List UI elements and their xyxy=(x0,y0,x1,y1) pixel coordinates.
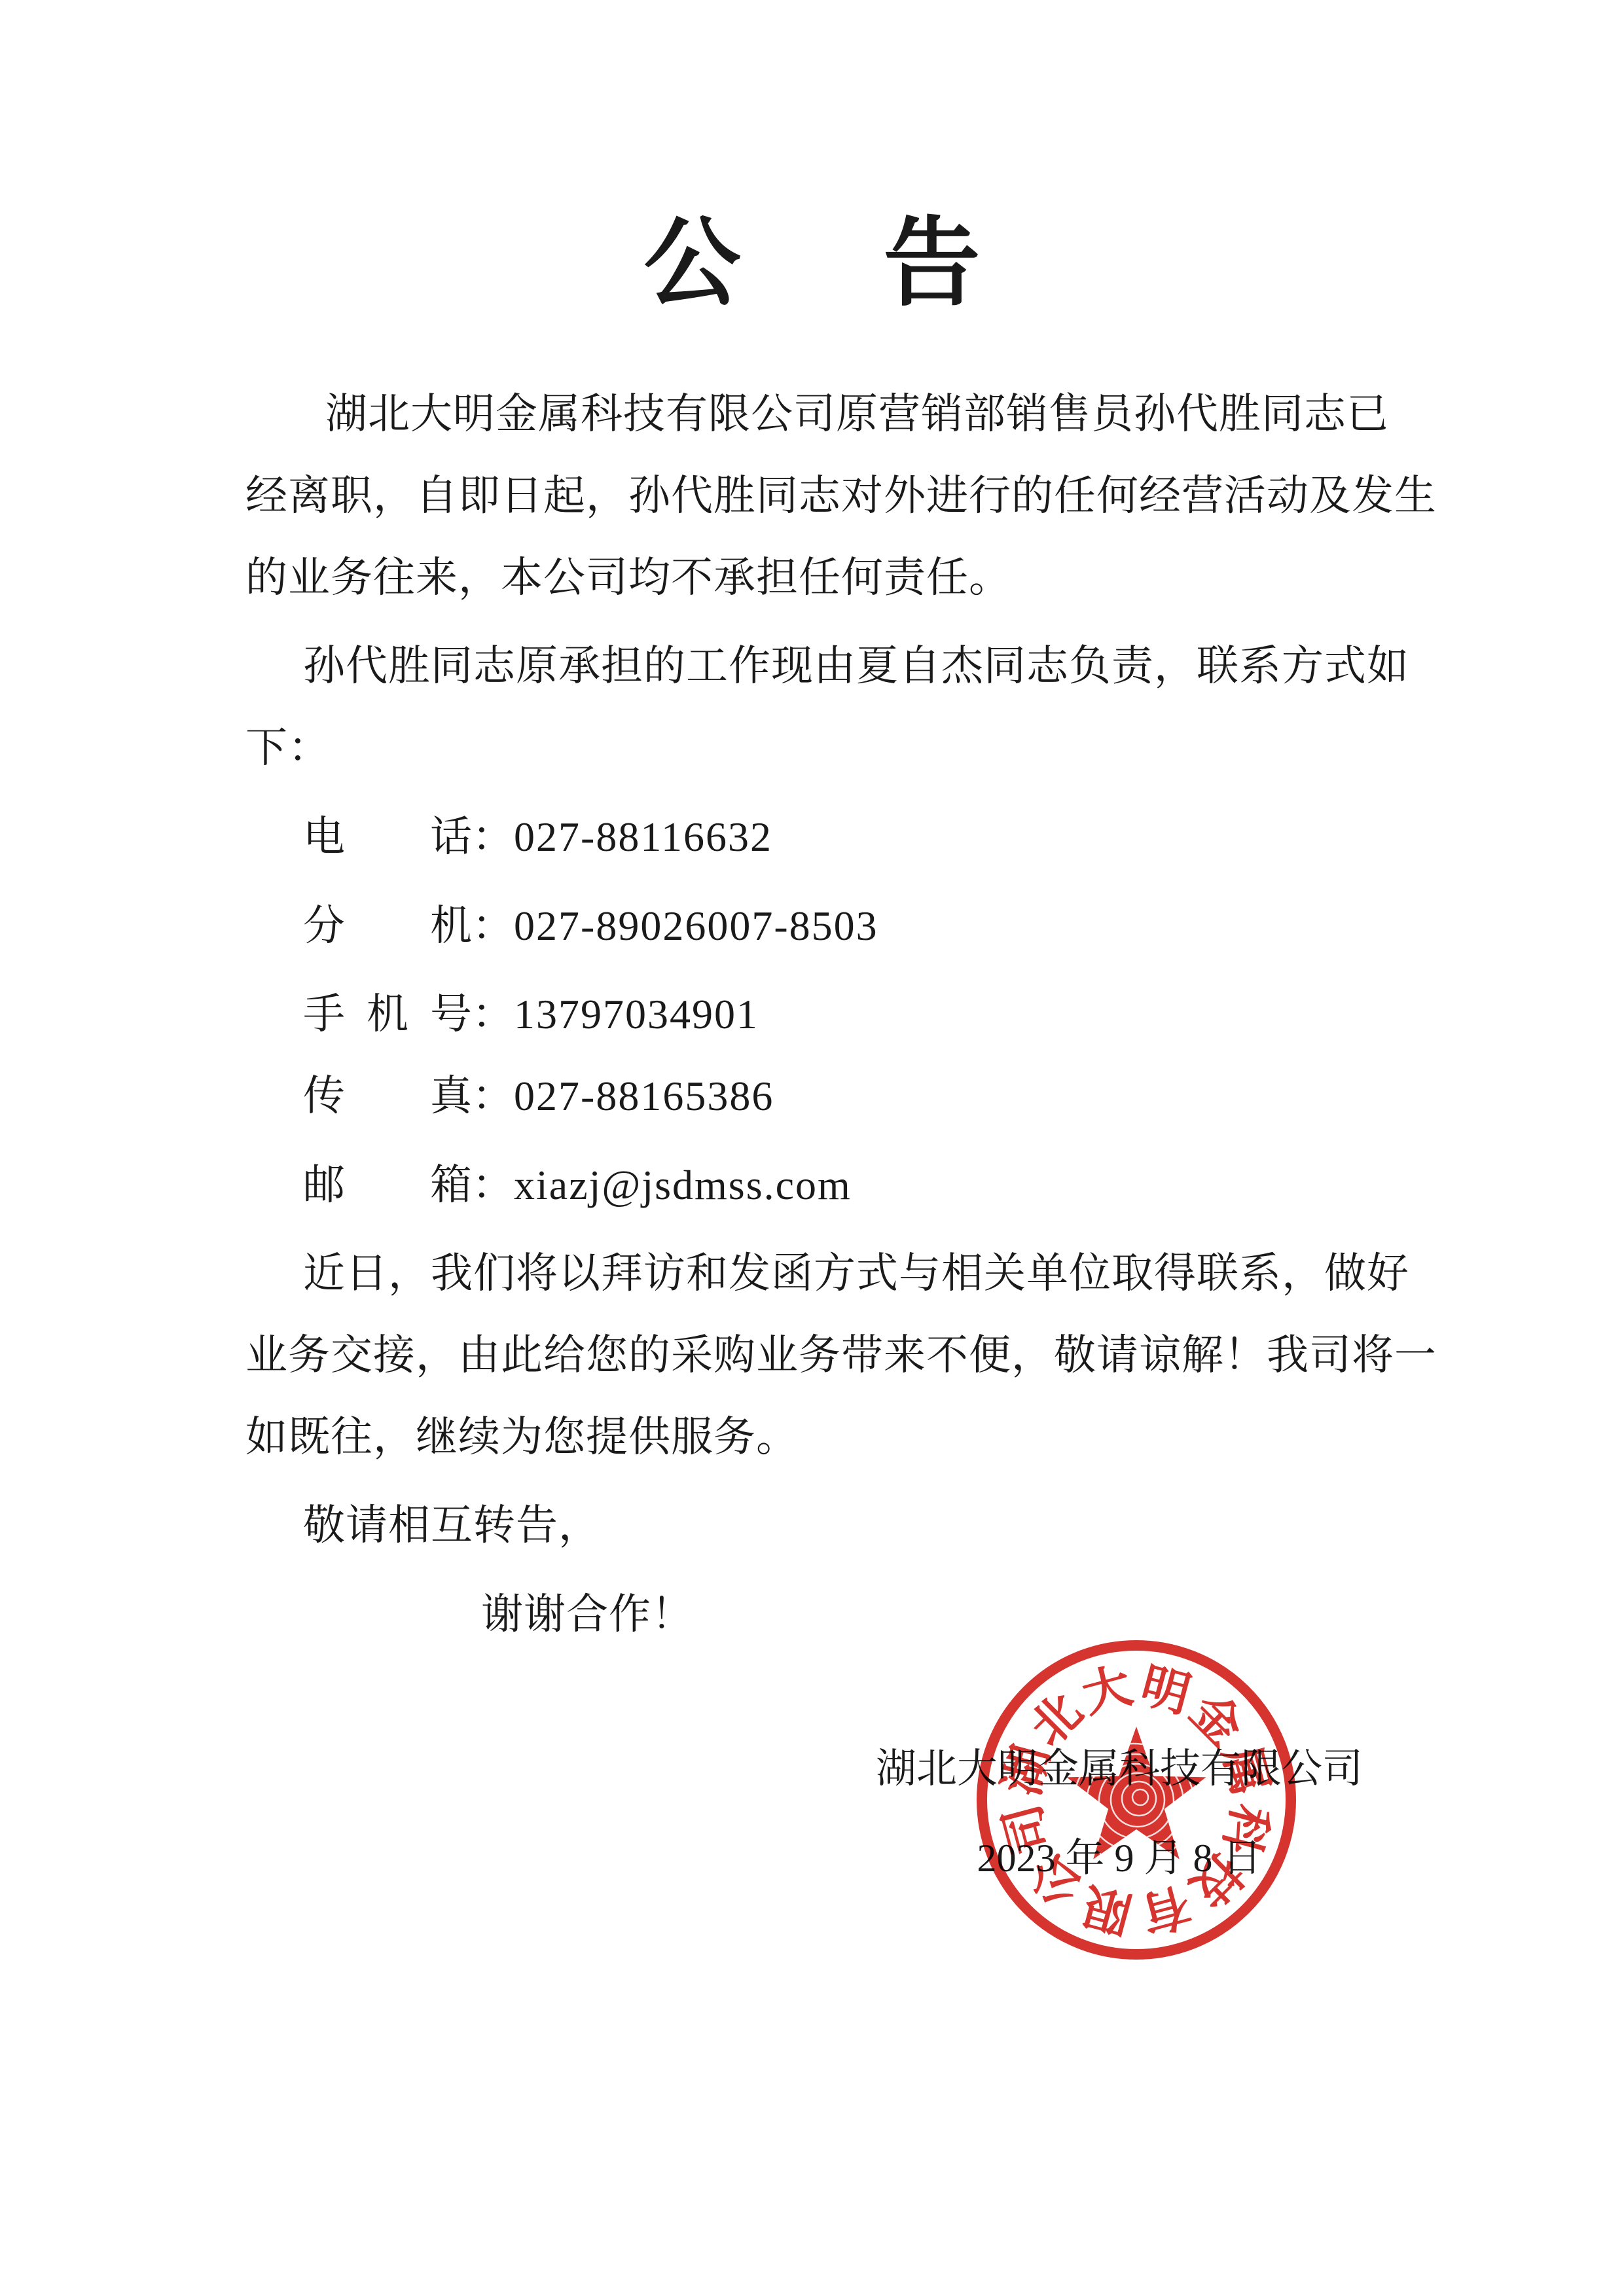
seal-char: 北 xyxy=(1020,1684,1092,1756)
contact-label: 电话 xyxy=(303,796,472,878)
contact-row-phone: 电话：027-88116632 xyxy=(245,796,1417,878)
paragraph-3: 近日，我们将以拜访和发函方式与相关单位取得联系，做好 业务交接，由此给您的采购业… xyxy=(245,1232,1417,1478)
contact-colon: ： xyxy=(472,885,514,967)
title-char-right: 告 xyxy=(884,216,981,313)
seal-char: 技 xyxy=(1180,1843,1252,1915)
contact-label-char: 真 xyxy=(430,1055,472,1137)
contact-label-char: 话 xyxy=(430,796,472,878)
contact-label-char: 传 xyxy=(303,1055,345,1137)
seal-star-icon xyxy=(1067,1727,1206,1864)
contact-label-char: 号 xyxy=(430,973,472,1055)
contact-colon: ： xyxy=(472,1055,514,1137)
page-title: 公 告 xyxy=(0,216,1624,313)
seal-char: 司 xyxy=(996,1799,1060,1859)
company-seal-graphic: 湖 北 大 明 金 属 科 技 有 限 公 司 xyxy=(966,1630,1307,1970)
title-char-left: 公 xyxy=(644,216,741,313)
seal-char: 属 xyxy=(1213,1740,1277,1801)
seal-char: 大 xyxy=(1077,1659,1138,1723)
closing-line-1-block: 敬请相互转告， xyxy=(245,1484,1417,1566)
company-seal: 湖 北 大 明 金 属 科 技 有 限 公 司 xyxy=(966,1630,1307,1970)
paragraph-3-line: 如既往，继续为您提供服务。 xyxy=(245,1396,1417,1478)
contact-row-extension: 分机：027-89026007-8503 xyxy=(245,885,1417,967)
seal-char: 金 xyxy=(1180,1684,1252,1756)
announcement-document: 公 告 湖北大明金属科技有限公司原营销部销售员孙代胜同志已 经离职，自即日起，孙… xyxy=(0,0,1624,2296)
contact-label: 邮箱 xyxy=(303,1144,472,1226)
contact-label: 分机 xyxy=(303,885,472,967)
contact-value-mobile: 13797034901 xyxy=(514,973,759,1055)
seal-char: 有 xyxy=(1135,1876,1196,1941)
seal-char: 科 xyxy=(1213,1799,1277,1859)
contact-value-fax: 027-88165386 xyxy=(514,1055,774,1137)
paragraph-1: 湖北大明金属科技有限公司原营销部销售员孙代胜同志已 经离职，自即日起，孙代胜同志… xyxy=(245,373,1417,619)
contact-label-char: 电 xyxy=(303,796,345,878)
paragraph-3-line: 业务交接，由此给您的采购业务带来不便，敬请谅解！我司将一 xyxy=(245,1314,1417,1396)
contact-label-char: 手 xyxy=(303,973,345,1055)
paragraph-1-line: 经离职，自即日起，孙代胜同志对外进行的任何经营活动及发生 xyxy=(245,455,1417,537)
paragraph-2: 孙代胜同志原承担的工作现由夏自杰同志负责，联系方式如 下： xyxy=(245,625,1417,789)
contact-label-char: 机 xyxy=(367,973,408,1055)
contact-label-char: 分 xyxy=(303,885,345,967)
paragraph-1-line: 湖北大明金属科技有限公司原营销部销售员孙代胜同志已 xyxy=(245,373,1417,455)
seal-char: 公 xyxy=(1020,1843,1092,1915)
contact-label-char: 邮 xyxy=(303,1144,345,1226)
seal-char: 限 xyxy=(1077,1876,1138,1941)
contact-value-phone: 027-88116632 xyxy=(514,796,772,878)
contact-colon: ： xyxy=(472,796,514,878)
seal-char: 明 xyxy=(1135,1659,1196,1723)
seal-char: 湖 xyxy=(996,1740,1060,1801)
contact-row-fax: 传真：027-88165386 xyxy=(245,1055,1417,1137)
paragraph-3-line: 近日，我们将以拜访和发函方式与相关单位取得联系，做好 xyxy=(245,1232,1417,1314)
contact-row-mobile: 手机号：13797034901 xyxy=(245,973,1417,1055)
contact-value-email: xiazj@jsdmss.com xyxy=(514,1144,852,1226)
contact-value-extension: 027-89026007-8503 xyxy=(514,885,878,967)
contact-label-char: 机 xyxy=(430,885,472,967)
contact-row-email: 邮箱：xiazj@jsdmss.com xyxy=(245,1144,1417,1226)
contact-label-char: 箱 xyxy=(430,1144,472,1226)
contact-label: 手机号 xyxy=(303,973,472,1055)
contact-colon: ： xyxy=(472,973,514,1055)
contact-label: 传真 xyxy=(303,1055,472,1137)
paragraph-1-line: 的业务往来，本公司均不承担任何责任。 xyxy=(245,537,1417,619)
paragraph-2-line: 孙代胜同志原承担的工作现由夏自杰同志负责，联系方式如 xyxy=(245,625,1417,707)
closing-line-1: 敬请相互转告， xyxy=(245,1484,1417,1566)
paragraph-2-line: 下： xyxy=(245,707,1417,789)
contact-colon: ： xyxy=(472,1144,514,1226)
